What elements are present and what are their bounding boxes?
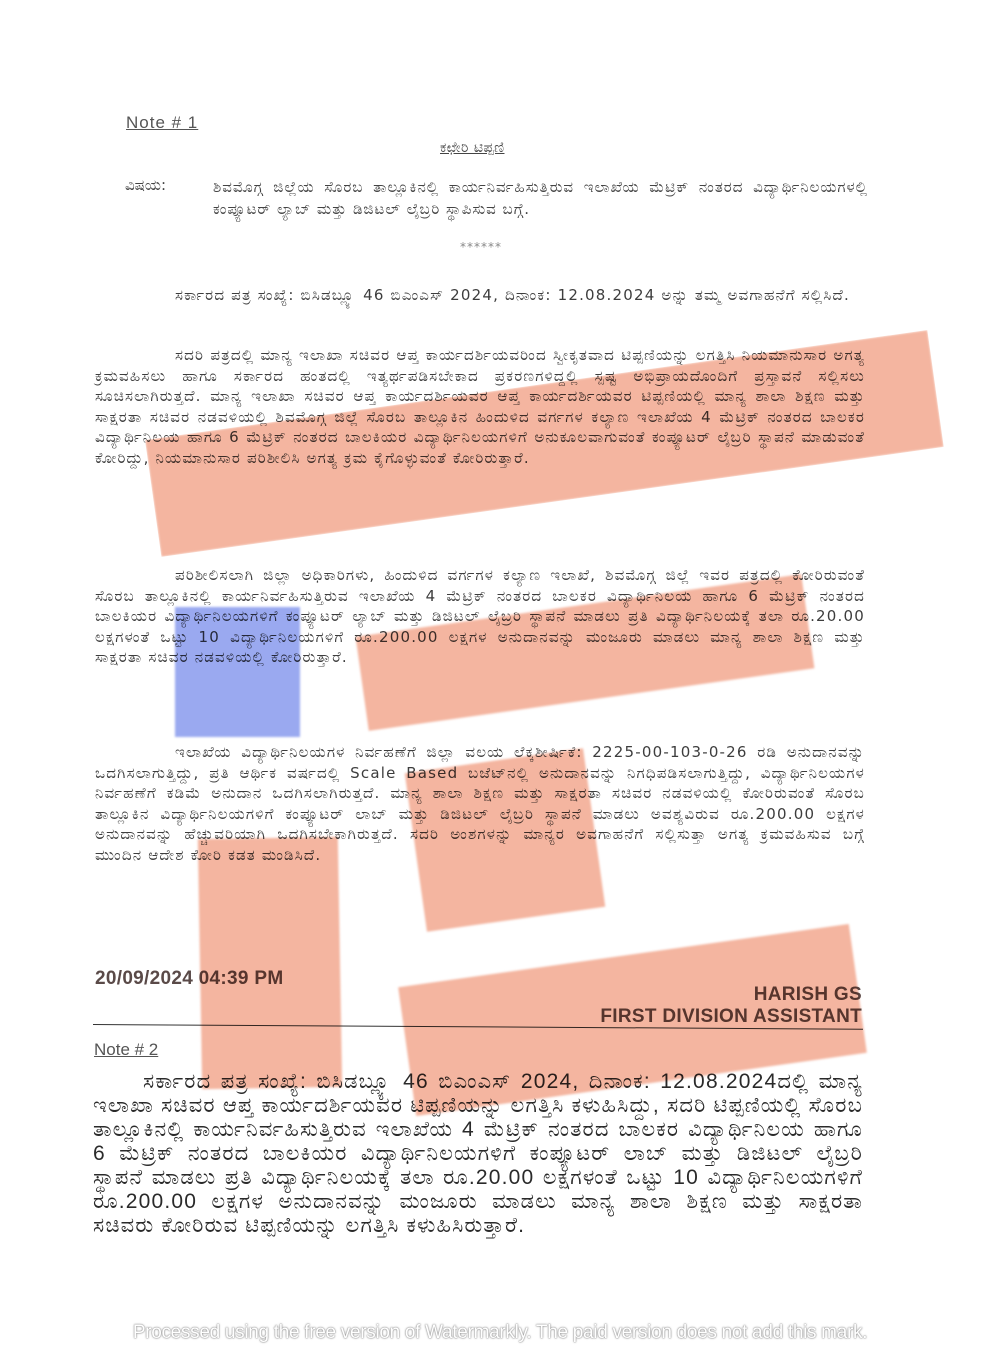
document-page: Note # 1 ಕಛೇರಿ ಟಿಪ್ಪಣಿ ವಿಷಯ: ಶಿವಮೊಗ್ಗ ಜಿ… bbox=[0, 0, 1000, 1371]
note-2-paragraph: ಸರ್ಕಾರದ ಪತ್ರ ಸಂಖ್ಯೆ: ಬಿಸಿಡಬ್ಲ್ಯೂ 46 ಬಿಎಂ… bbox=[93, 1070, 863, 1238]
paragraph-4: ಇಲಾಖೆಯ ವಿದ್ಯಾರ್ಥಿನಿಲಯಗಳ ನಿರ್ವಹಣೆಗೆ ಜಿಲ್ಲ… bbox=[95, 742, 865, 865]
timestamp: 20/09/2024 04:39 PM bbox=[95, 968, 283, 990]
signer-name: HARISH GS bbox=[754, 984, 862, 1006]
paragraph-1: ಸರ್ಕಾರದ ಪತ್ರ ಸಂಖ್ಯೆ: ಬಿಸಿಡಬ್ಲ್ಯೂ 46 ಬಿಎಂ… bbox=[95, 285, 865, 306]
subject-label: ವಿಷಯ: bbox=[125, 176, 166, 194]
subject-text: ಶಿವಮೊಗ್ಗ ಜಿಲ್ಲೆಯ ಸೊರಬ ತಾಲ್ಲೂಕಿನಲ್ಲಿ ಕಾರ್… bbox=[213, 176, 868, 220]
highlight-overlay-4 bbox=[198, 837, 342, 1089]
paragraph-3: ಪರಿಶೀಲಿಸಲಾಗಿ ಜಿಲ್ಲಾ ಅಧಿಕಾರಿಗಳು, ಹಿಂದುಳಿದ… bbox=[95, 565, 865, 668]
document-title: ಕಛೇರಿ ಟಿಪ್ಪಣಿ bbox=[440, 140, 504, 156]
paragraph-2: ಸದರಿ ಪತ್ರದಲ್ಲಿ ಮಾನ್ಯ ಇಲಾಖಾ ಸಚಿವರ ಆಪ್ತ ಕಾ… bbox=[95, 345, 865, 468]
note-2-label: Note # 2 bbox=[94, 1040, 158, 1060]
note-1-label: Note # 1 bbox=[126, 113, 198, 133]
watermark: Processed using the free version of Wate… bbox=[0, 1322, 1000, 1344]
signer-designation: FIRST DIVISION ASSISTANT bbox=[600, 1006, 862, 1028]
separator: ****** bbox=[460, 240, 502, 254]
